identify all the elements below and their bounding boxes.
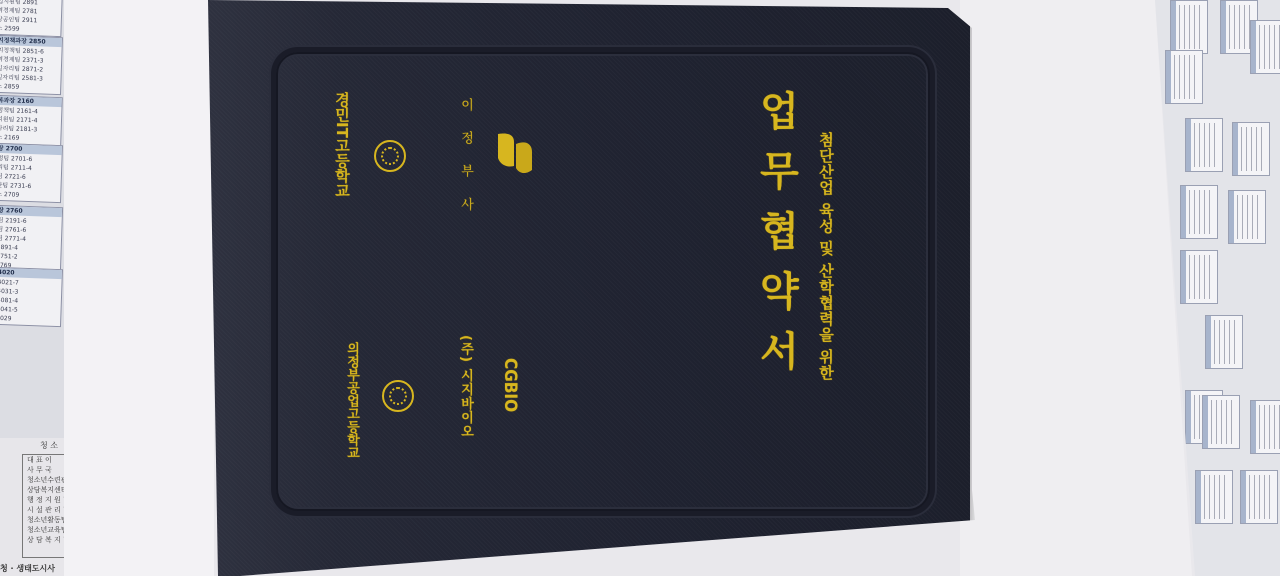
directory-block: 입지원팀 2891역경제팀 2781상공인팀 2911스 2599	[0, 0, 63, 37]
list-row: 대 표 이	[23, 455, 66, 465]
list-row: 사 무 국	[23, 465, 66, 475]
calendar-block	[1180, 185, 1218, 239]
school-seal-icon	[374, 140, 406, 172]
signatory-label: 이 정 부 사	[456, 98, 475, 218]
directory-block: 복과장 2160정책팀 2161-4지원팀 2171-4자리팀 2181-3스 …	[0, 95, 63, 146]
directory-row: 스 2709	[0, 190, 58, 201]
school-name-2: 의정부공업고등학교	[342, 342, 361, 459]
government-emblem-icon	[492, 130, 536, 180]
directory-block: 지정책과장 2850지정책팀 2851-6역경제팀 2371-3일자리팀 287…	[0, 35, 63, 95]
calendar-block	[1250, 400, 1280, 454]
directory-row: 4029	[0, 314, 58, 325]
calendar-block	[1180, 250, 1218, 304]
list-row: 청소년교육팀	[23, 525, 66, 535]
calendar-block	[1202, 395, 1240, 449]
folder-title: 업무협약서	[748, 90, 805, 390]
list-row: 행 정 지 원 팀	[23, 495, 66, 505]
calendar-block	[1240, 470, 1278, 524]
directory-block: 장 2700정팀 2701-6리팀 2711-4팀 2721-6관팀 2731-…	[0, 143, 63, 203]
list-row: 시 설 관 리 팀	[23, 505, 66, 515]
calendar-block	[1250, 20, 1280, 74]
list-header: 청 소	[40, 440, 58, 451]
calendar-block	[1232, 122, 1270, 176]
list-row: 상 담 복 지 팀	[23, 535, 66, 545]
list-row: 청소년활동팀	[23, 515, 66, 525]
directory-block: 40204021-74031-34081-44041-54029	[0, 267, 63, 327]
directory-row: 스 2859	[0, 82, 58, 93]
calendar-block	[1165, 50, 1203, 104]
white-paper-sheet-left	[64, 0, 214, 576]
directory-block: 장 2760팀 2191-6팀 2761-6팀 2771-48891-42751…	[0, 205, 63, 274]
background-list-paper: 청 소 대 표 이사 무 국청소년수련관장상담복지센터장행 정 지 원 팀시 설…	[0, 438, 66, 576]
list-row: 청소년수련관장	[23, 475, 66, 485]
calendar-block	[1205, 315, 1243, 369]
school-name-1: 경민IT고등학교	[332, 92, 353, 198]
directory-row: 스 2599	[0, 24, 59, 35]
school-seal-icon	[382, 380, 414, 412]
agreement-folder: 업무협약서 첨단산업 육성 및 산학협력을 위한 이 정 부 사 (주) 시지바…	[200, 0, 970, 576]
calendar-block	[1170, 0, 1208, 54]
list-box: 대 표 이사 무 국청소년수련관장상담복지센터장행 정 지 원 팀시 설 관 리…	[22, 454, 66, 558]
folder-subtitle: 첨단산업 육성 및 산학협력을 위한	[816, 132, 837, 381]
company-logo: CGBIO	[500, 358, 520, 412]
calendar-block	[1185, 118, 1223, 172]
calendar-block	[1228, 190, 1266, 244]
list-row: 상담복지센터장	[23, 485, 66, 495]
company-name: (주) 시지바이오	[456, 335, 475, 438]
calendar-block	[1195, 470, 1233, 524]
list-footer: 청 · 생태도시사	[0, 563, 55, 574]
